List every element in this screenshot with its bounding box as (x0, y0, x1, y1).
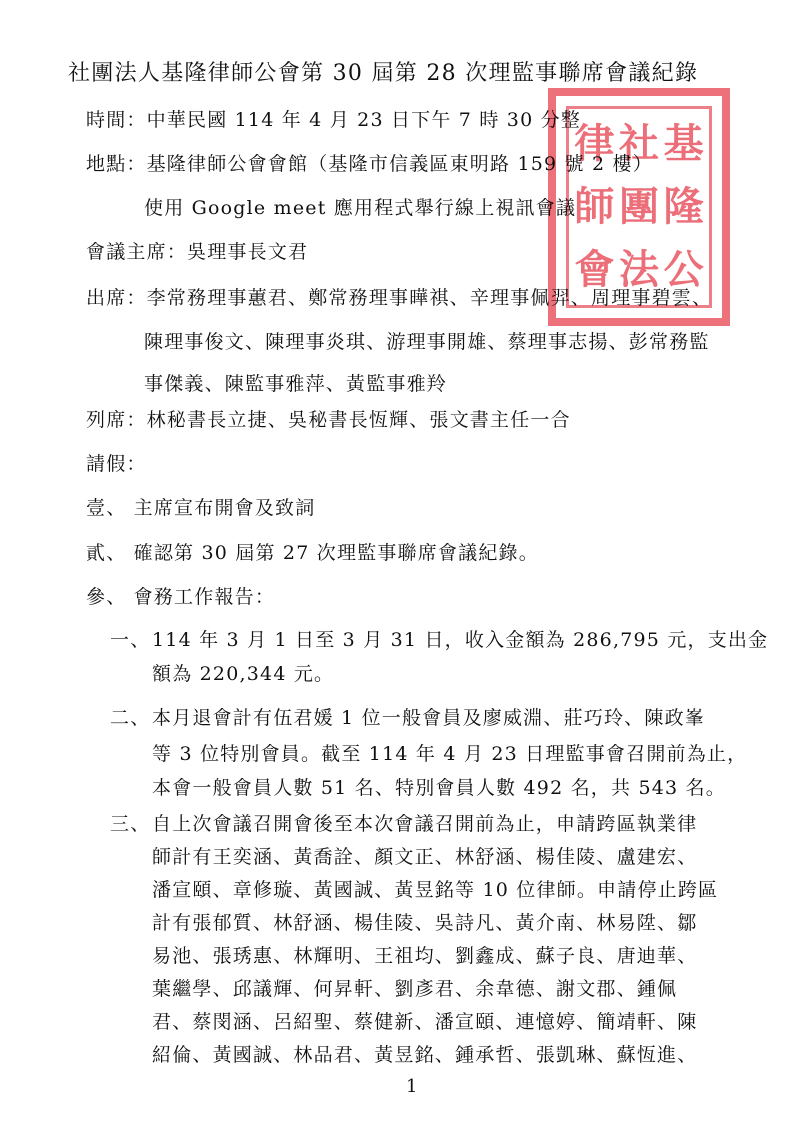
report-item-3-marker: 三、 (110, 812, 150, 836)
report-item-3-line-7: 君、蔡閔涵、呂紹聖、蔡健新、潘宣頤、連憶婷、簡靖軒、陳 (152, 1010, 697, 1034)
seal-char: 隆 (662, 176, 705, 237)
section-1: 壹、 主席宣布開會及致詞 (86, 496, 315, 520)
meeting-online-note: 使用 Google meet 應用程式舉行線上視訊會議 (144, 196, 576, 220)
attendees-line-3: 事傑義、陳監事雅萍、黃監事雅羚 (144, 372, 447, 396)
report-item-1-line-1: 114 年 3 月 1 日至 3 月 31 日，收入金額為 286,795 元，… (152, 628, 768, 652)
report-item-2-line-2: 等 3 位特別會員。截至 114 年 4 月 23 日理監事會召開前為止， (152, 742, 747, 766)
observers: 列席：林秘書長立捷、吳秘書長恆輝、張文書主任一合 (86, 408, 571, 432)
meeting-time: 時間：中華民國 114 年 4 月 23 日下午 7 時 30 分整 (86, 108, 581, 132)
absentees: 請假： (86, 452, 147, 476)
report-item-3-line-4: 計有張郁質、林舒涵、楊佳陵、吳詩凡、黃介南、林易陞、鄒 (152, 911, 697, 935)
report-item-3-line-6: 葉繼學、邱議輝、何昇軒、劉彥君、余韋德、謝文郡、鍾佩 (152, 977, 677, 1001)
report-item-2-marker: 二、 (110, 706, 150, 730)
report-item-3-line-1: 自上次會議召開會後至本次會議召開前為止，申請跨區執業律 (152, 812, 697, 836)
report-item-3-line-3: 潘宣頤、章修璇、黃國誠、黃昱銘等 10 位律師。申請停止跨區 (152, 878, 718, 902)
section-3: 參、 會務工作報告： (86, 585, 275, 609)
seal-inner-frame: 律 社 基 師 團 隆 會 法 公 (566, 106, 712, 308)
report-item-1-marker: 一、 (110, 628, 150, 652)
report-item-3-line-8: 紹倫、黃國誠、林品君、黃昱銘、鍾承哲、張凱琳、蘇恆進、 (152, 1043, 697, 1067)
report-item-1-line-2: 額為 220,344 元。 (152, 662, 334, 686)
seal-char: 律 (573, 113, 616, 174)
page-number: 1 (406, 1076, 417, 1098)
document-title: 社團法人基隆律師公會第 30 屆第 28 次理監事聯席會議紀錄 (68, 60, 698, 88)
document-page: 社團法人基隆律師公會第 30 屆第 28 次理監事聯席會議紀錄 時間：中華民國 … (0, 0, 800, 1132)
seal-char: 社 (618, 113, 661, 174)
seal-char: 公 (662, 240, 705, 301)
seal-char: 師 (573, 176, 616, 237)
meeting-chair: 會議主席：吳理事長文君 (86, 240, 308, 264)
seal-char: 基 (662, 113, 705, 174)
seal-char: 會 (573, 240, 616, 301)
seal-char: 團 (618, 176, 661, 237)
official-seal-stamp: 律 社 基 師 團 隆 會 法 公 (548, 88, 730, 326)
attendees-line-2: 陳理事俊文、陳理事炎琪、游理事開雄、蔡理事志揚、彭常務監 (144, 330, 710, 354)
seal-char: 法 (618, 240, 661, 301)
report-item-2-line-3: 本會一般會員人數 51 名、特別會員人數 492 名，共 543 名。 (152, 776, 726, 800)
report-item-2-line-1: 本月退會計有伍君媛 1 位一般會員及廖威淵、莊巧玲、陳政峯 (152, 706, 705, 730)
section-2: 貳、 確認第 30 屆第 27 次理監事聯席會議紀錄。 (86, 541, 539, 565)
report-item-3-line-5: 易池、張琇惠、林輝明、王祖均、劉鑫成、蘇子良、唐迪華、 (152, 944, 697, 968)
report-item-3-line-2: 師計有王奕涵、黃喬詮、顏文正、林舒涵、楊佳陵、盧建宏、 (152, 845, 697, 869)
